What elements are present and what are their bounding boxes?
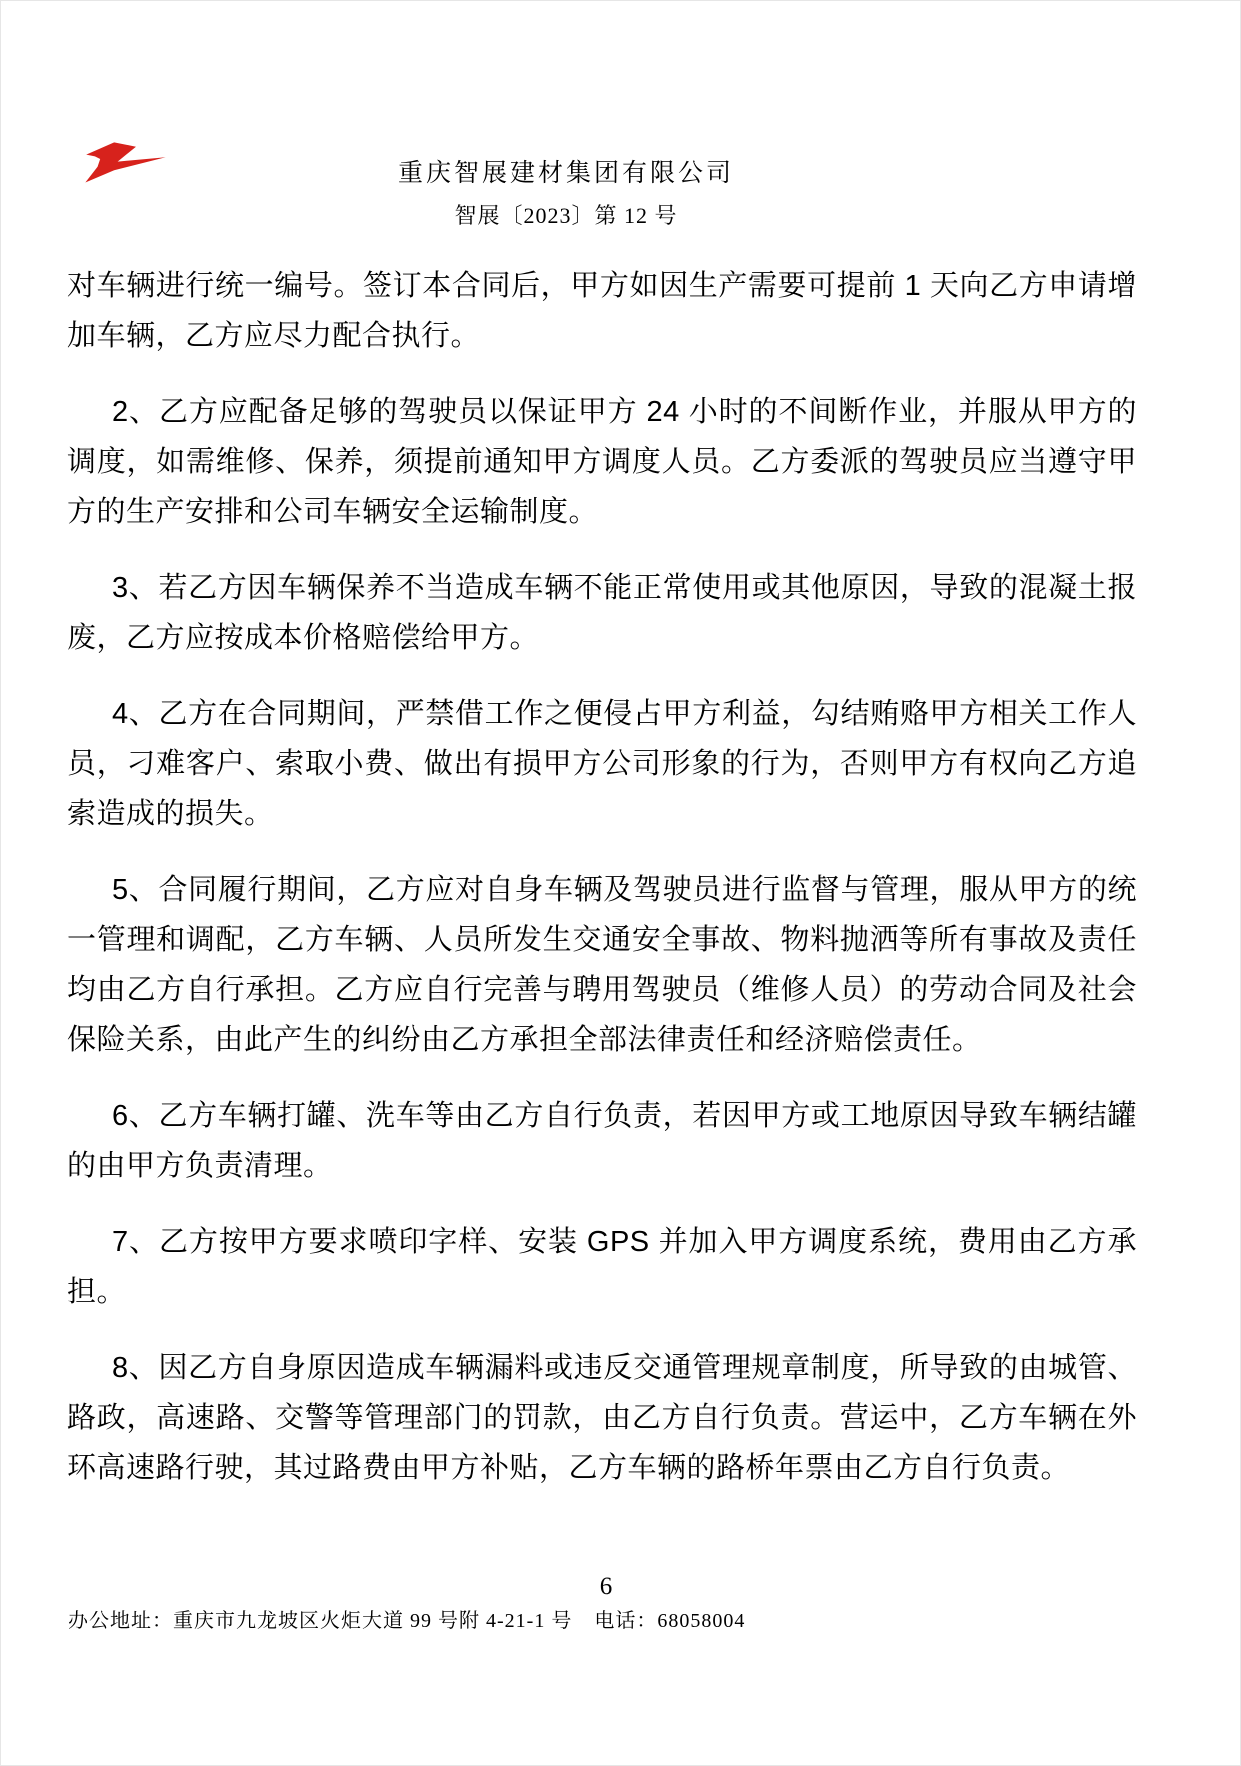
paragraph-clause-4: 4、乙方在合同期间，严禁借工作之便侵占甲方利益，勾结贿赂甲方相关工作人员，刁难客… xyxy=(67,689,1137,839)
phone-label: 电话： xyxy=(594,1610,657,1632)
paragraph-clause-3: 3、若乙方因车辆保养不当造成车辆不能正常使用或其他原因，导致的混凝土报废，乙方应… xyxy=(67,563,1137,663)
document-header: 重庆智展建材集团有限公司 智展〔2023〕第 12 号 xyxy=(66,158,1066,230)
paragraph-clause-6: 6、乙方车辆打罐、洗车等由乙方自行负责，若因甲方或工地原因导致车辆结罐的由甲方负… xyxy=(67,1091,1137,1191)
paragraph-continuation: 对车辆进行统一编号。签订本合同后，甲方如因生产需要可提前 1 天向乙方申请增加车… xyxy=(67,261,1137,361)
paragraph-clause-8: 8、因乙方自身原因造成车辆漏料或违反交通管理规章制度，所导致的由城管、路政，高速… xyxy=(67,1343,1137,1493)
paragraph-clause-7: 7、乙方按甲方要求喷印字样、安装 GPS 并加入甲方调度系统，费用由乙方承担。 xyxy=(67,1217,1137,1317)
contract-body: 对车辆进行统一编号。签订本合同后，甲方如因生产需要可提前 1 天向乙方申请增加车… xyxy=(67,261,1137,1519)
paragraph-clause-2: 2、乙方应配备足够的驾驶员以保证甲方 24 小时的不间断作业，并服从甲方的调度，… xyxy=(67,387,1137,537)
page-number: 6 xyxy=(0,1572,1212,1602)
document-page: 重庆智展建材集团有限公司 智展〔2023〕第 12 号 对车辆进行统一编号。签订… xyxy=(0,0,1241,1766)
paragraph-clause-5: 5、合同履行期间，乙方应对自身车辆及驾驶员进行监督与管理，服从甲方的统一管理和调… xyxy=(67,865,1137,1065)
company-name: 重庆智展建材集团有限公司 xyxy=(66,158,1066,190)
phone-value: 68058004 xyxy=(657,1610,745,1632)
page-footer: 办公地址：重庆市九龙坡区火炬大道 99 号附 4-21-1 号电话：680580… xyxy=(68,1606,1168,1636)
document-number: 智展〔2023〕第 12 号 xyxy=(66,202,1066,230)
office-address-value: 重庆市九龙坡区火炬大道 99 号附 4-21-1 号 xyxy=(173,1610,572,1632)
office-address-label: 办公地址： xyxy=(68,1610,173,1632)
